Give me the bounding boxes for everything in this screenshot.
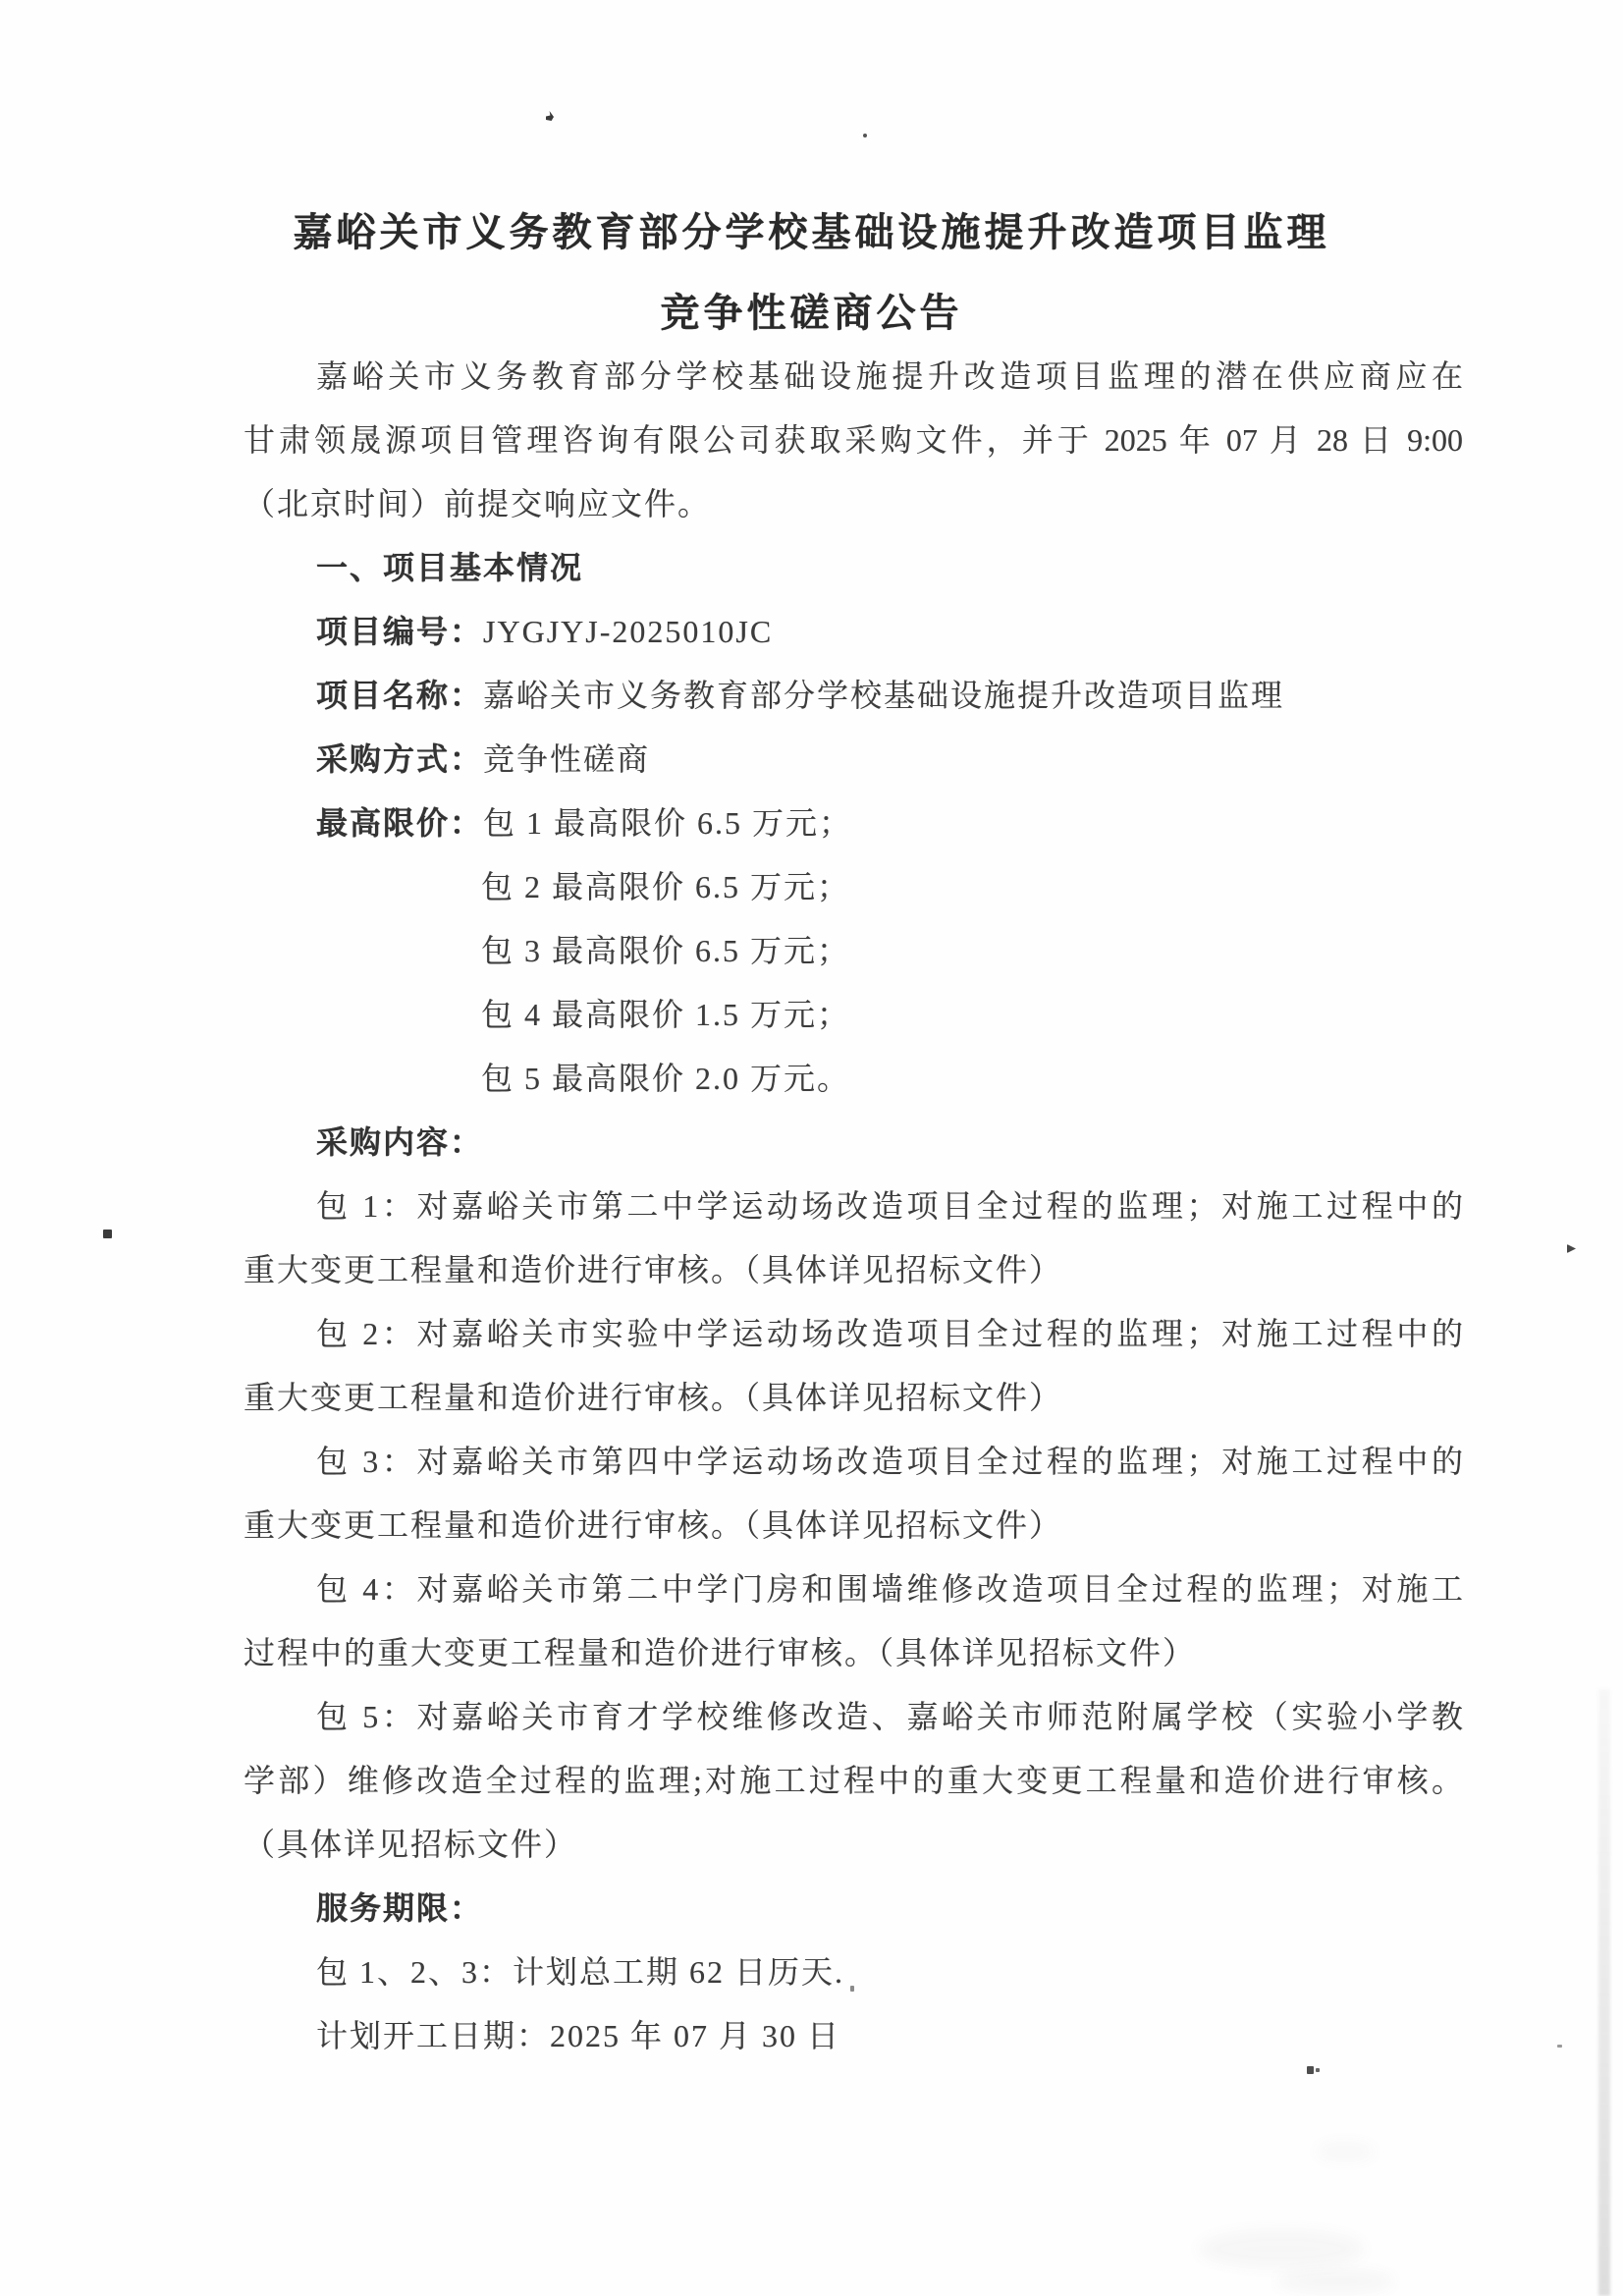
text-line: 一、项目基本情况	[243, 536, 1463, 600]
text-line: 项目编号：JYGJYJ-2025010JC	[243, 600, 1463, 664]
text-line: 包 2：对嘉峪关市实验中学运动场改造项目全过程的监理；对施工过程中的	[243, 1302, 1463, 1366]
document-title-line-2: 竞争性磋商公告	[0, 273, 1623, 354]
scan-speck	[863, 134, 867, 137]
text-line: （具体详见招标文件）	[243, 1813, 1463, 1877]
scan-speck	[546, 111, 554, 121]
text-line: 过程中的重大变更工程量和造价进行审核。（具体详见招标文件）	[243, 1621, 1463, 1685]
text-line-value: JYGJYJ-2025010JC	[483, 614, 773, 649]
text-line: 重大变更工程量和造价进行审核。（具体详见招标文件）	[243, 1238, 1463, 1302]
text-line: 包 5：对嘉峪关市育才学校维修改造、嘉峪关市师范附属学校（实验小学教	[243, 1685, 1463, 1749]
text-line-label: 项目名称：	[316, 678, 483, 713]
text-line: 嘉峪关市义务教育部分学校基础设施提升改造项目监理的潜在供应商应在	[243, 345, 1463, 409]
scan-speck	[850, 1986, 854, 1992]
document-title: 嘉峪关市义务教育部分学校基础设施提升改造项目监理 竞争性磋商公告	[0, 192, 1623, 354]
text-line: 包 3：对嘉峪关市第四中学运动场改造项目全过程的监理；对施工过程中的	[243, 1430, 1463, 1494]
text-line-value: 包 2：对嘉峪关市实验中学运动场改造项目全过程的监理；对施工过程中的	[316, 1316, 1463, 1351]
text-line: （北京时间）前提交响应文件。	[243, 472, 1463, 536]
text-line-value: 学部）维修改造全过程的监理;对施工过程中的重大变更工程量和造价进行审核。	[243, 1763, 1463, 1798]
text-line: 采购方式：竞争性磋商	[243, 728, 1463, 792]
text-line: 最高限价：包 1 最高限价 6.5 万元；	[243, 792, 1463, 855]
text-line: 包 4 最高限价 1.5 万元；	[243, 983, 1463, 1047]
scan-smudge	[1316, 2141, 1375, 2162]
text-line: 学部）维修改造全过程的监理;对施工过程中的重大变更工程量和造价进行审核。	[243, 1749, 1463, 1813]
text-line: 服务期限：	[243, 1877, 1463, 1941]
text-line: 重大变更工程量和造价进行审核。（具体详见招标文件）	[243, 1494, 1463, 1558]
scanner-edge-shadow	[1598, 1689, 1610, 2296]
text-line-value: 嘉峪关市义务教育部分学校基础设施提升改造项目监理的潜在供应商应在	[316, 358, 1463, 394]
text-line-label: 服务期限：	[316, 1890, 483, 1926]
text-line-label: 项目编号：	[316, 614, 483, 649]
text-line: 计划开工日期：2025 年 07 月 30 日	[243, 2004, 1463, 2068]
text-line-label: 最高限价：	[316, 805, 483, 841]
text-line-value: 包 3：对嘉峪关市第四中学运动场改造项目全过程的监理；对施工过程中的	[316, 1444, 1463, 1479]
text-line-value: 计划开工日期：2025 年 07 月 30 日	[316, 2018, 840, 2053]
document-title-line-1: 嘉峪关市义务教育部分学校基础设施提升改造项目监理	[0, 192, 1623, 273]
text-line-value: 甘肃领晟源项目管理咨询有限公司获取采购文件，并于 2025 年 07 月 28 …	[243, 422, 1463, 458]
text-line-label: 采购方式：	[316, 741, 483, 777]
text-line: 重大变更工程量和造价进行审核。（具体详见招标文件）	[243, 1366, 1463, 1430]
document-body: 嘉峪关市义务教育部分学校基础设施提升改造项目监理的潜在供应商应在 甘肃领晟源项目…	[243, 345, 1463, 2068]
text-line-value: 过程中的重大变更工程量和造价进行审核。（具体详见招标文件）	[243, 1635, 1196, 1670]
text-line: 甘肃领晟源项目管理咨询有限公司获取采购文件，并于 2025 年 07 月 28 …	[243, 409, 1463, 472]
text-line: 包 1：对嘉峪关市第二中学运动场改造项目全过程的监理；对施工过程中的	[243, 1175, 1463, 1238]
text-line-value: 竞争性磋商	[483, 741, 650, 777]
text-line-value: （北京时间）前提交响应文件。	[243, 486, 711, 521]
scan-speck	[1316, 2068, 1320, 2072]
text-line: 项目名称：嘉峪关市义务教育部分学校基础设施提升改造项目监理	[243, 664, 1463, 728]
text-line-label: 采购内容：	[316, 1124, 483, 1160]
text-line-value: 重大变更工程量和造价进行审核。（具体详见招标文件）	[243, 1507, 1062, 1543]
text-line-value: 重大变更工程量和造价进行审核。（具体详见招标文件）	[243, 1380, 1062, 1415]
text-line-value: 包 4：对嘉峪关市第二中学门房和围墙维修改造项目全过程的监理；对施工	[316, 1571, 1463, 1607]
text-line: 包 1、2、3：计划总工期 62 日历天.	[243, 1941, 1463, 2004]
text-line-value: 包 4 最高限价 1.5 万元；	[481, 997, 850, 1032]
text-line: 包 2 最高限价 6.5 万元；	[243, 855, 1463, 919]
text-line: 包 4：对嘉峪关市第二中学门房和围墙维修改造项目全过程的监理；对施工	[243, 1558, 1463, 1621]
text-line-value: （具体详见招标文件）	[243, 1827, 577, 1862]
text-line-value: 包 1：对嘉峪关市第二中学运动场改造项目全过程的监理；对施工过程中的	[316, 1188, 1463, 1224]
scan-smudge	[1198, 2229, 1365, 2269]
scanned-document-page: 嘉峪关市义务教育部分学校基础设施提升改造项目监理 竞争性磋商公告 嘉峪关市义务教…	[0, 0, 1623, 2296]
scan-smudge	[1276, 2269, 1394, 2294]
text-line-value: 嘉峪关市义务教育部分学校基础设施提升改造项目监理	[483, 678, 1284, 713]
text-line-value: 包 5 最高限价 2.0 万元。	[481, 1061, 850, 1096]
scan-speck	[103, 1230, 112, 1238]
text-line: 包 5 最高限价 2.0 万元。	[243, 1047, 1463, 1111]
text-line-value: 包 1 最高限价 6.5 万元；	[483, 805, 852, 841]
scan-speck	[1307, 2066, 1314, 2074]
text-line-value: 包 3 最高限价 6.5 万元；	[481, 933, 850, 968]
text-line-value: 包 1、2、3：计划总工期 62 日历天.	[316, 1954, 844, 1990]
text-line: 采购内容：	[243, 1111, 1463, 1175]
scan-speck	[1567, 1244, 1576, 1253]
text-line: 包 3 最高限价 6.5 万元；	[243, 919, 1463, 983]
text-line-value: 重大变更工程量和造价进行审核。（具体详见招标文件）	[243, 1252, 1062, 1287]
text-line-value: 包 5：对嘉峪关市育才学校维修改造、嘉峪关市师范附属学校（实验小学教	[316, 1699, 1463, 1734]
text-line-value: 包 2 最高限价 6.5 万元；	[481, 869, 850, 904]
text-line-label: 一、项目基本情况	[316, 550, 583, 585]
scan-speck	[1557, 2045, 1562, 2048]
